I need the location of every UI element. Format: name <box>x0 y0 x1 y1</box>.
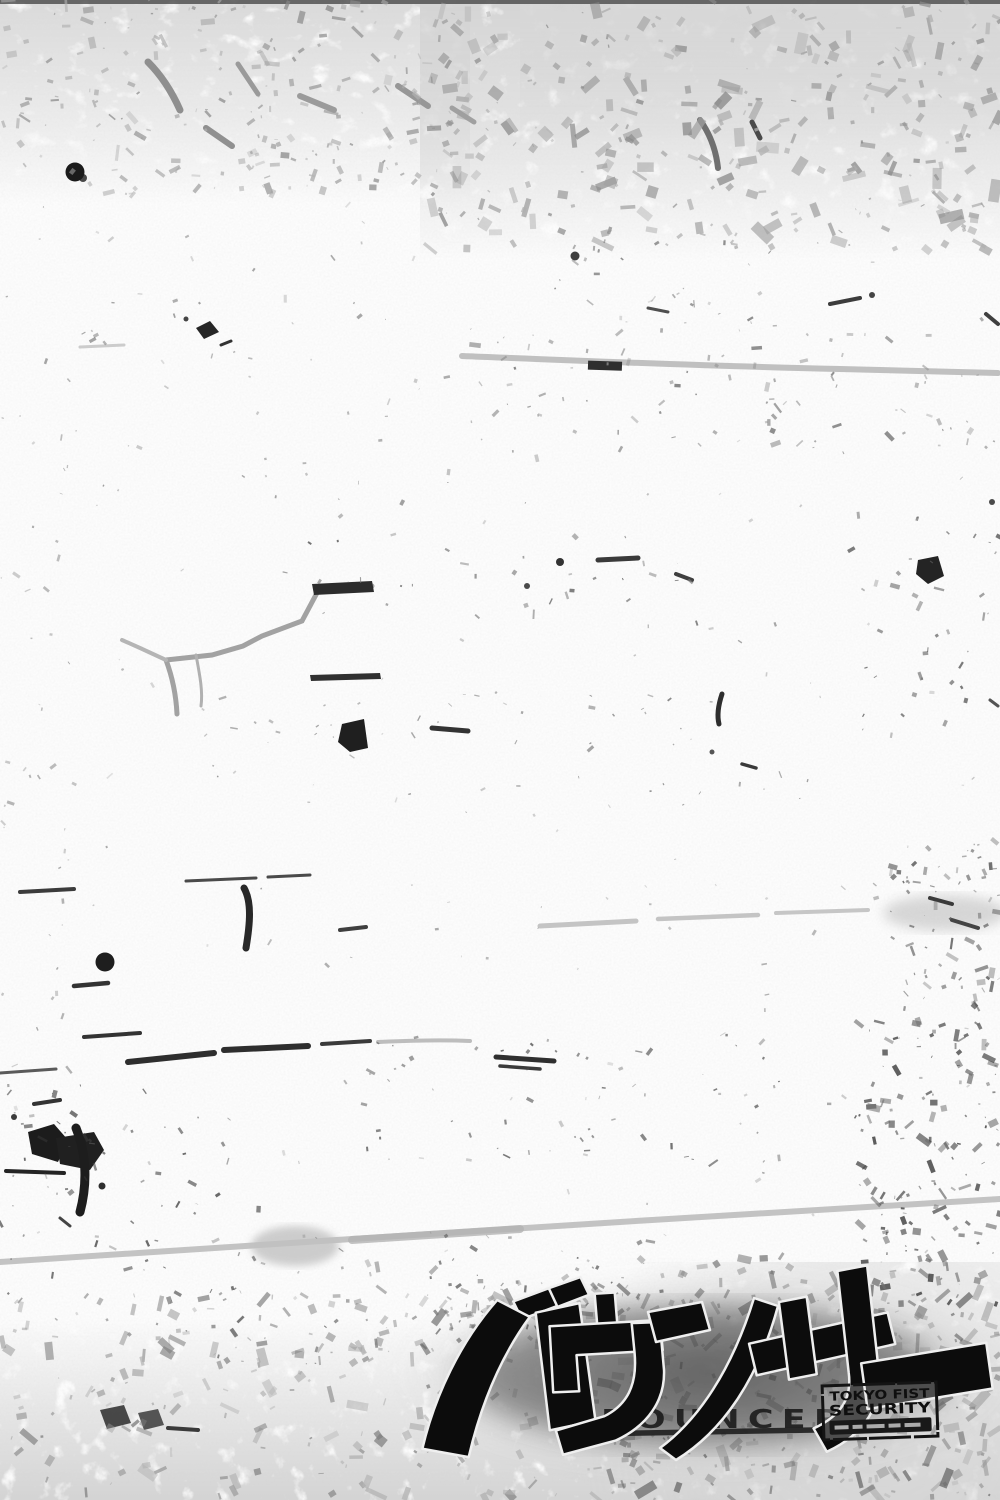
manga-page: バウンサー <box>0 0 1000 1500</box>
page-art: BOUNCER <box>0 0 1000 1500</box>
logo-badge: TOKYO FIST SECURITY <box>822 1382 938 1440</box>
